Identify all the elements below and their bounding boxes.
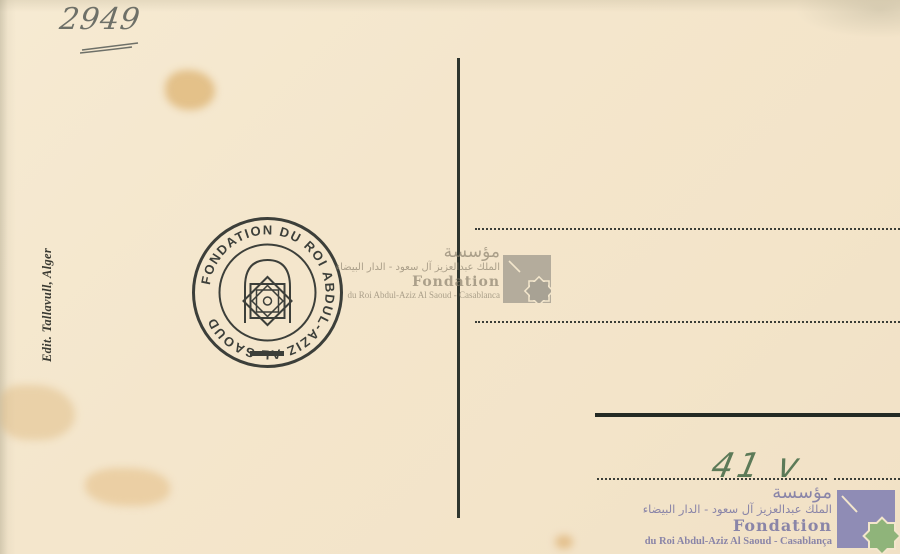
paper-stain	[0, 385, 75, 440]
paper-stain	[165, 70, 215, 110]
publisher-imprint: Edit. Tallavull, Alger	[40, 248, 55, 362]
paper-stain	[85, 468, 170, 506]
address-line-3	[595, 413, 900, 417]
handwritten-inventory-number: 2949	[58, 2, 143, 37]
watermark-arabic-title: مؤسسة	[600, 484, 832, 502]
watermark-arabic-subtitle: الملك عبدالعزيز آل سعود - الدار البيضاء	[600, 502, 832, 517]
foundation-stamp: FONDATION DU ROI ABDUL-AZIZ AL SAOUD	[190, 215, 345, 370]
foundation-watermark-corner: مؤسسة الملك عبدالعزيز آل سعود - الدار ال…	[600, 484, 832, 548]
handwritten-underline	[80, 42, 140, 54]
foundation-watermark-center: مؤسسة الملك عبدالعزيز آل سعود - الدار ال…	[340, 244, 500, 301]
address-line-1	[475, 228, 900, 230]
foundation-logo-icon	[503, 255, 551, 303]
paper-stain	[555, 535, 573, 549]
watermark-french-title: Fondation	[340, 274, 500, 290]
watermark-french-subtitle: du Roi Abdul-Aziz Al Saoud - Casablança	[600, 535, 832, 548]
foundation-logo-icon	[835, 488, 900, 554]
handwritten-code: 41 v	[708, 446, 807, 486]
address-line-2	[475, 321, 900, 323]
watermark-arabic-subtitle: الملك عبدالعزيز آل سعود - الدار البيضاء	[340, 261, 500, 274]
watermark-arabic-title: مؤسسة	[340, 244, 500, 261]
watermark-french-title: Fondation	[600, 517, 832, 535]
address-line-4-end	[834, 478, 900, 480]
postcard-back: 2949 Edit. Tallavull, Alger FONDATION DU…	[0, 0, 900, 554]
watermark-french-subtitle: du Roi Abdul-Aziz Al Saoud - Casablanca	[340, 290, 500, 301]
